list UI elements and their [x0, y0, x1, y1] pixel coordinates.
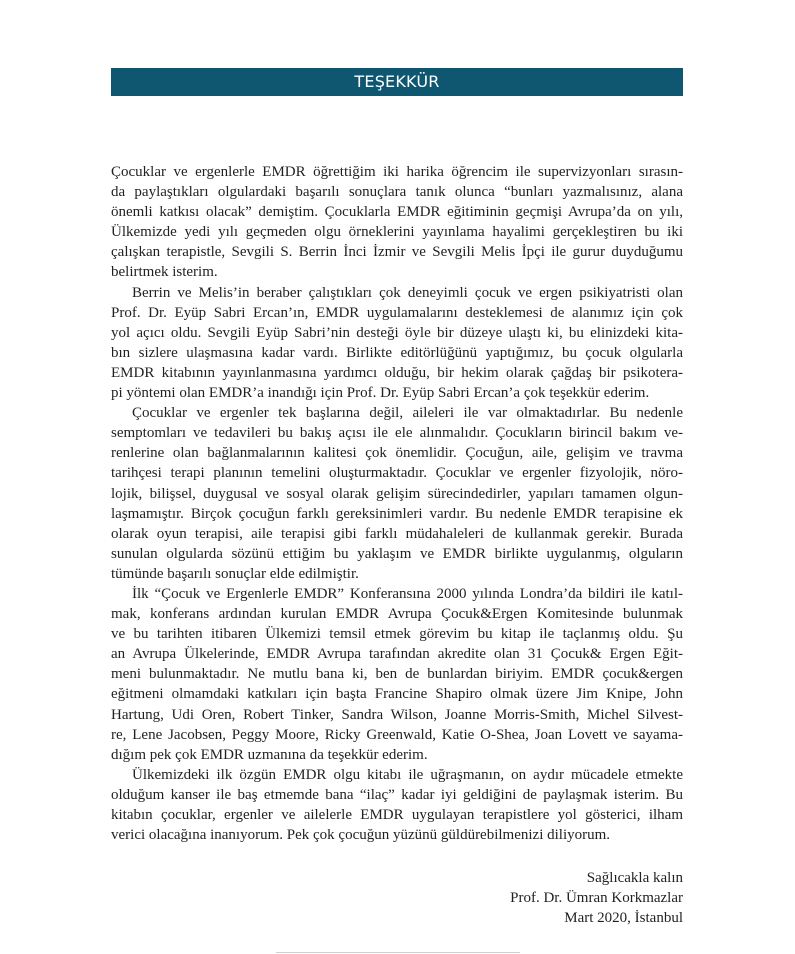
text-line: tarihçesi terapi planının temelini oluşt…: [111, 463, 683, 483]
signature-block: Sağlıcakla kalın Prof. Dr. Ümran Korkmaz…: [383, 868, 683, 928]
text-line: mak, konferans ardından kurulan EMDR Avr…: [111, 604, 683, 624]
paragraph: Çocuklar ve ergenler tek başlarına değil…: [111, 403, 683, 584]
text-line: pi yöntemi olan EMDR’a inandığı için Pro…: [111, 383, 683, 403]
text-line: önemli katkısı olacak” demiştim. Çocukla…: [111, 202, 683, 222]
text-line: Hartung, Udi Oren, Robert Tinker, Sandra…: [111, 705, 683, 725]
signature-closing: Sağlıcakla kalın: [383, 868, 683, 888]
text-line: da paylaştıkları olgulardaki başarılı so…: [111, 182, 683, 202]
text-line: yol açıcı oldu. Sevgili Eyüp Sabri’nin d…: [111, 323, 683, 343]
text-line: bın sizlere ulaşmasına kadar vardı. Birl…: [111, 343, 683, 363]
text-line: re, Lene Jacobsen, Peggy Moore, Ricky Gr…: [111, 725, 683, 745]
paragraph: Ülkemizdeki ilk özgün EMDR olgu kitabı i…: [111, 765, 683, 845]
text-line: EMDR kitabının yayınlanmasına yardımcı o…: [111, 363, 683, 383]
text-line: laşmamıştır. Birçok çocuğun farklı gerek…: [111, 504, 683, 524]
section-title-bar: TEŞEKKÜR: [111, 68, 683, 96]
text-line: eğitmeni olmamdaki katkıları için başta …: [111, 684, 683, 704]
footer-divider: [276, 952, 520, 953]
text-line: tümünde başarılı sonuçlar elde edilmişti…: [111, 564, 683, 584]
paragraph: Çocuklar ve ergenlerle EMDR öğrettiğim i…: [111, 162, 683, 283]
text-line: Çocuklar ve ergenler tek başlarına değil…: [111, 403, 683, 423]
signature-name: Prof. Dr. Ümran Korkmazlar: [383, 888, 683, 908]
text-line: olarak oyun terapisi, aile terapisi gibi…: [111, 524, 683, 544]
text-line: lojik, bilişsel, duygusal ve sosyal olar…: [111, 484, 683, 504]
section-title: TEŞEKKÜR: [354, 72, 439, 91]
paragraph: İlk “Çocuk ve Ergenlerle EMDR” Konferans…: [111, 584, 683, 765]
text-line: an Avrupa Ülkelerinde, EMDR Avrupa taraf…: [111, 644, 683, 664]
text-line: İlk “Çocuk ve Ergenlerle EMDR” Konferans…: [111, 584, 683, 604]
text-line: sunulan olgularda sözünü ettiğim bu yakl…: [111, 544, 683, 564]
text-line: Berrin ve Melis’in beraber çalıştıkları …: [111, 283, 683, 303]
text-line: kitabın çocuklar, ergenler ve ailelerle …: [111, 805, 683, 825]
text-line: Çocuklar ve ergenlerle EMDR öğrettiğim i…: [111, 162, 683, 182]
paragraph: Berrin ve Melis’in beraber çalıştıkları …: [111, 283, 683, 404]
body-text: Çocuklar ve ergenlerle EMDR öğrettiğim i…: [111, 162, 683, 845]
text-line: Prof. Dr. Eyüp Sabri Ercan’ın, EMDR uygu…: [111, 303, 683, 323]
text-line: belirtmek isterim.: [111, 262, 683, 282]
text-line: dığım pek çok EMDR uzmanına da teşekkür …: [111, 745, 683, 765]
text-line: verici olacağına inanıyorum. Pek çok çoc…: [111, 825, 683, 845]
text-line: çalışkan terapistle, Sevgili S. Berrin İ…: [111, 242, 683, 262]
text-line: meni bulunmaktadır. Ne mutlu bana ki, be…: [111, 664, 683, 684]
document-page: TEŞEKKÜR Çocuklar ve ergenlerle EMDR öğr…: [0, 0, 795, 954]
text-line: Ülkemizdeki ilk özgün EMDR olgu kitabı i…: [111, 765, 683, 785]
text-line: olduğum kanser ile baş etmemde bana “ila…: [111, 785, 683, 805]
text-line: ve bu tarihten itibaren Ülkemizi temsil …: [111, 624, 683, 644]
text-line: renlerine olan bağlanmalarının kalitesi …: [111, 443, 683, 463]
signature-date-place: Mart 2020, İstanbul: [383, 908, 683, 928]
text-line: semptomları ve tedavileri bu bakış açısı…: [111, 423, 683, 443]
text-line: Ülkemizde yedi yılı geçmeden olgu örnekl…: [111, 222, 683, 242]
